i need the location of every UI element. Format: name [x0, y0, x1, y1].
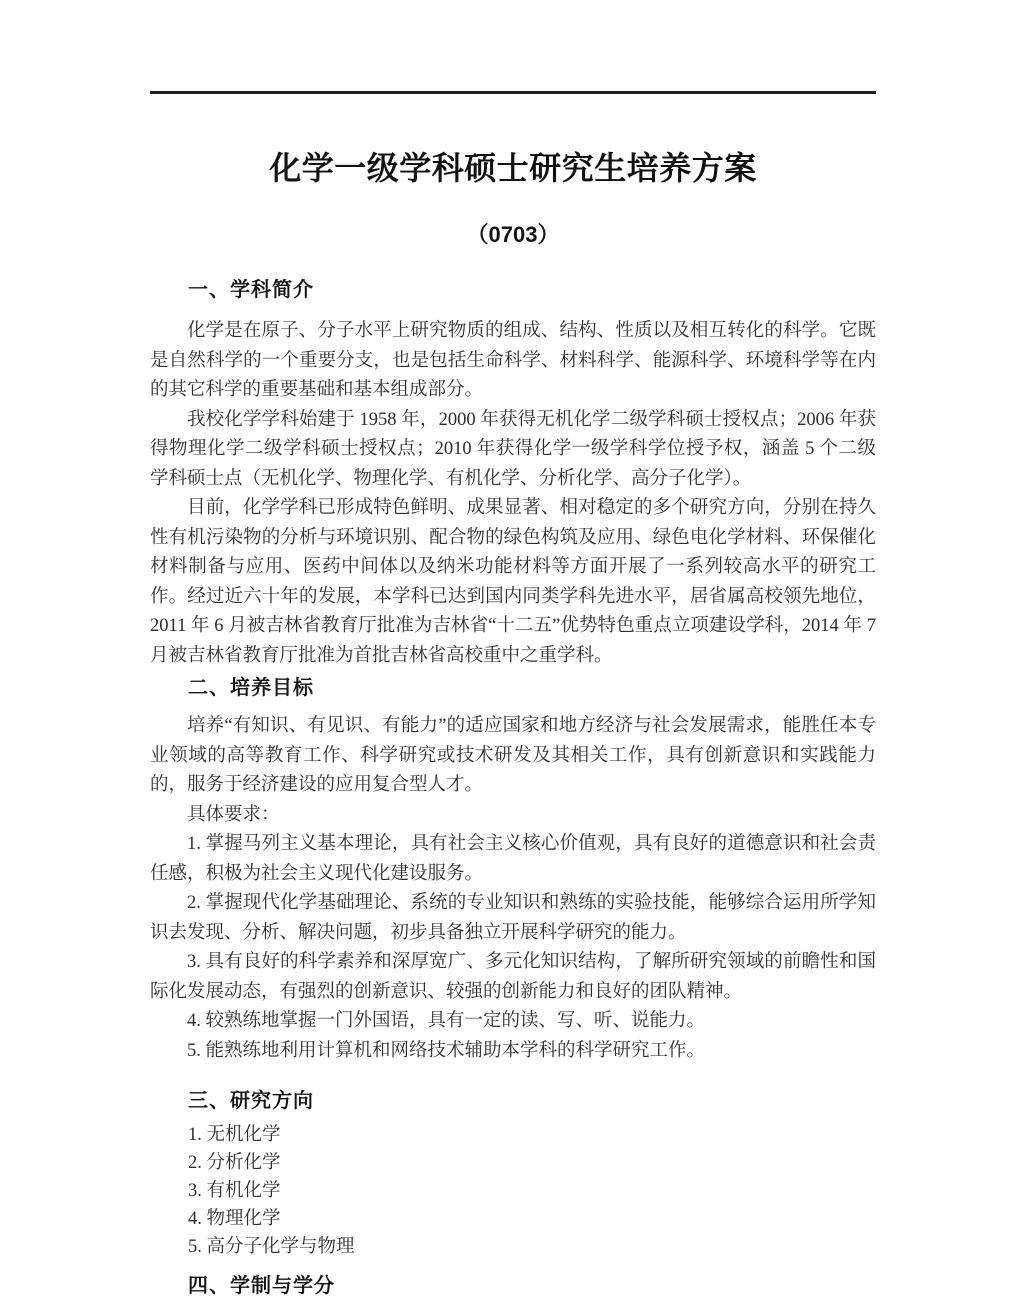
requirement-item-2: 2. 掌握现代化学基础理论、系统的专业知识和熟练的实验技能，能够综合运用所学知识…	[150, 889, 876, 948]
intro-paragraph-2: 我校化学学科始建于 1958 年，2000 年获得无机化学二级学科硕士授权点；2…	[150, 406, 876, 495]
section-heading-research-directions: 三、研究方向	[150, 1088, 876, 1115]
research-direction-item-1: 1. 无机化学	[150, 1121, 876, 1149]
header-rule	[150, 91, 876, 94]
research-direction-list: 1. 无机化学 2. 分析化学 3. 有机化学 4. 物理化学 5. 高分子化学…	[150, 1121, 876, 1261]
requirement-item-4: 4. 较熟练地掌握一门外国语，具有一定的读、写、听、说能力。	[150, 1007, 876, 1037]
section-heading-discipline-intro: 一、学科简介	[150, 277, 876, 304]
document-content: 化学一级学科硕士研究生培养方案 （0703） 一、学科简介 化学是在原子、分子水…	[150, 0, 876, 1300]
requirement-item-3: 3. 具有良好的科学素养和深厚宽广、多元化知识结构，了解所研究领域的前瞻性和国际…	[150, 948, 876, 1007]
section-heading-duration-credits: 四、学制与学分	[150, 1273, 876, 1300]
research-direction-item-4: 4. 物理化学	[150, 1205, 876, 1233]
document-page: 化学一级学科硕士研究生培养方案 （0703） 一、学科简介 化学是在原子、分子水…	[0, 0, 1024, 1302]
requirement-item-5: 5. 能熟练地利用计算机和网络技术辅助本学科的科学研究工作。	[150, 1037, 876, 1067]
discipline-code: （0703）	[150, 220, 876, 250]
goals-paragraph: 培养“有知识、有见识、有能力”的适应国家和地方经济与社会发展需求，能胜任本专业领…	[150, 712, 876, 801]
research-direction-item-3: 3. 有机化学	[150, 1177, 876, 1205]
intro-paragraph-3: 目前，化学学科已形成特色鲜明、成果显著、相对稳定的多个研究方向，分别在持久性有机…	[150, 494, 876, 671]
intro-paragraph-1: 化学是在原子、分子水平上研究物质的组成、结构、性质以及相互转化的科学。它既是自然…	[150, 317, 876, 406]
document-title: 化学一级学科硕士研究生培养方案	[150, 146, 876, 190]
research-direction-item-2: 2. 分析化学	[150, 1149, 876, 1177]
research-direction-item-5: 5. 高分子化学与物理	[150, 1233, 876, 1261]
requirements-label: 具体要求：	[150, 801, 876, 831]
requirement-item-1: 1. 掌握马列主义基本理论，具有社会主义核心价值观，具有良好的道德意识和社会责任…	[150, 830, 876, 889]
section-heading-training-goals: 二、培养目标	[150, 675, 876, 702]
